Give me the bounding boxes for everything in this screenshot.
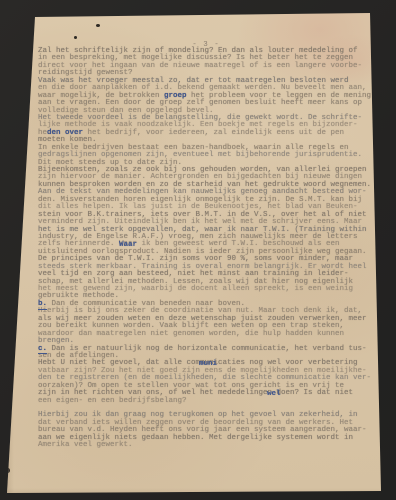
text-line: dit alles helpen. Ik las juist in de Beu… [38,204,380,211]
text-line: bureau van v.d. Heyden heeft ons vorig j… [38,427,380,434]
text-line: sen de afdelingen. [38,353,380,360]
document-page: - 3 - Zal het schriftelijk zijn of monde… [0,0,396,500]
scanned-document: - 3 - Zal het schriftelijk zijn of monde… [0,0,396,500]
text-line: heden over het bedrijf, voor iedereen, z… [38,130,380,137]
text-line: waardoor dan maatregelen niet genomen wo… [38,331,380,338]
text-line: Amerika veel gewerkt. [38,442,380,449]
text-line: zijn hiervoor de manier. Achtergronden e… [38,174,380,181]
text-line: verminderd zijn. Uiteindelijk ben ik het… [38,219,380,226]
text-line: reidingstijd gewenst? [38,70,380,77]
text-line: Dit moet steeds up to date zijn. [38,160,380,167]
ink-speck [6,468,10,473]
text-line: Hierbij is bij ons zeker de coordinatie … [38,308,380,315]
text-line: oorzaken)? Om open te stellen voor wat t… [38,383,380,390]
text-line: uitsluitend oorlogsproduct. Nadien is ie… [38,249,380,256]
ink-speck [74,36,77,39]
text-line: steeds sterk merkbaar. Training is overa… [38,264,380,271]
ink-speck [96,24,100,27]
typewritten-text: Zal het schriftelijk zijn of mondeling? … [38,48,380,450]
text-line: een eigen- en een bedrijfsbelang? [38,398,380,405]
text-line: brengen. [38,338,380,345]
